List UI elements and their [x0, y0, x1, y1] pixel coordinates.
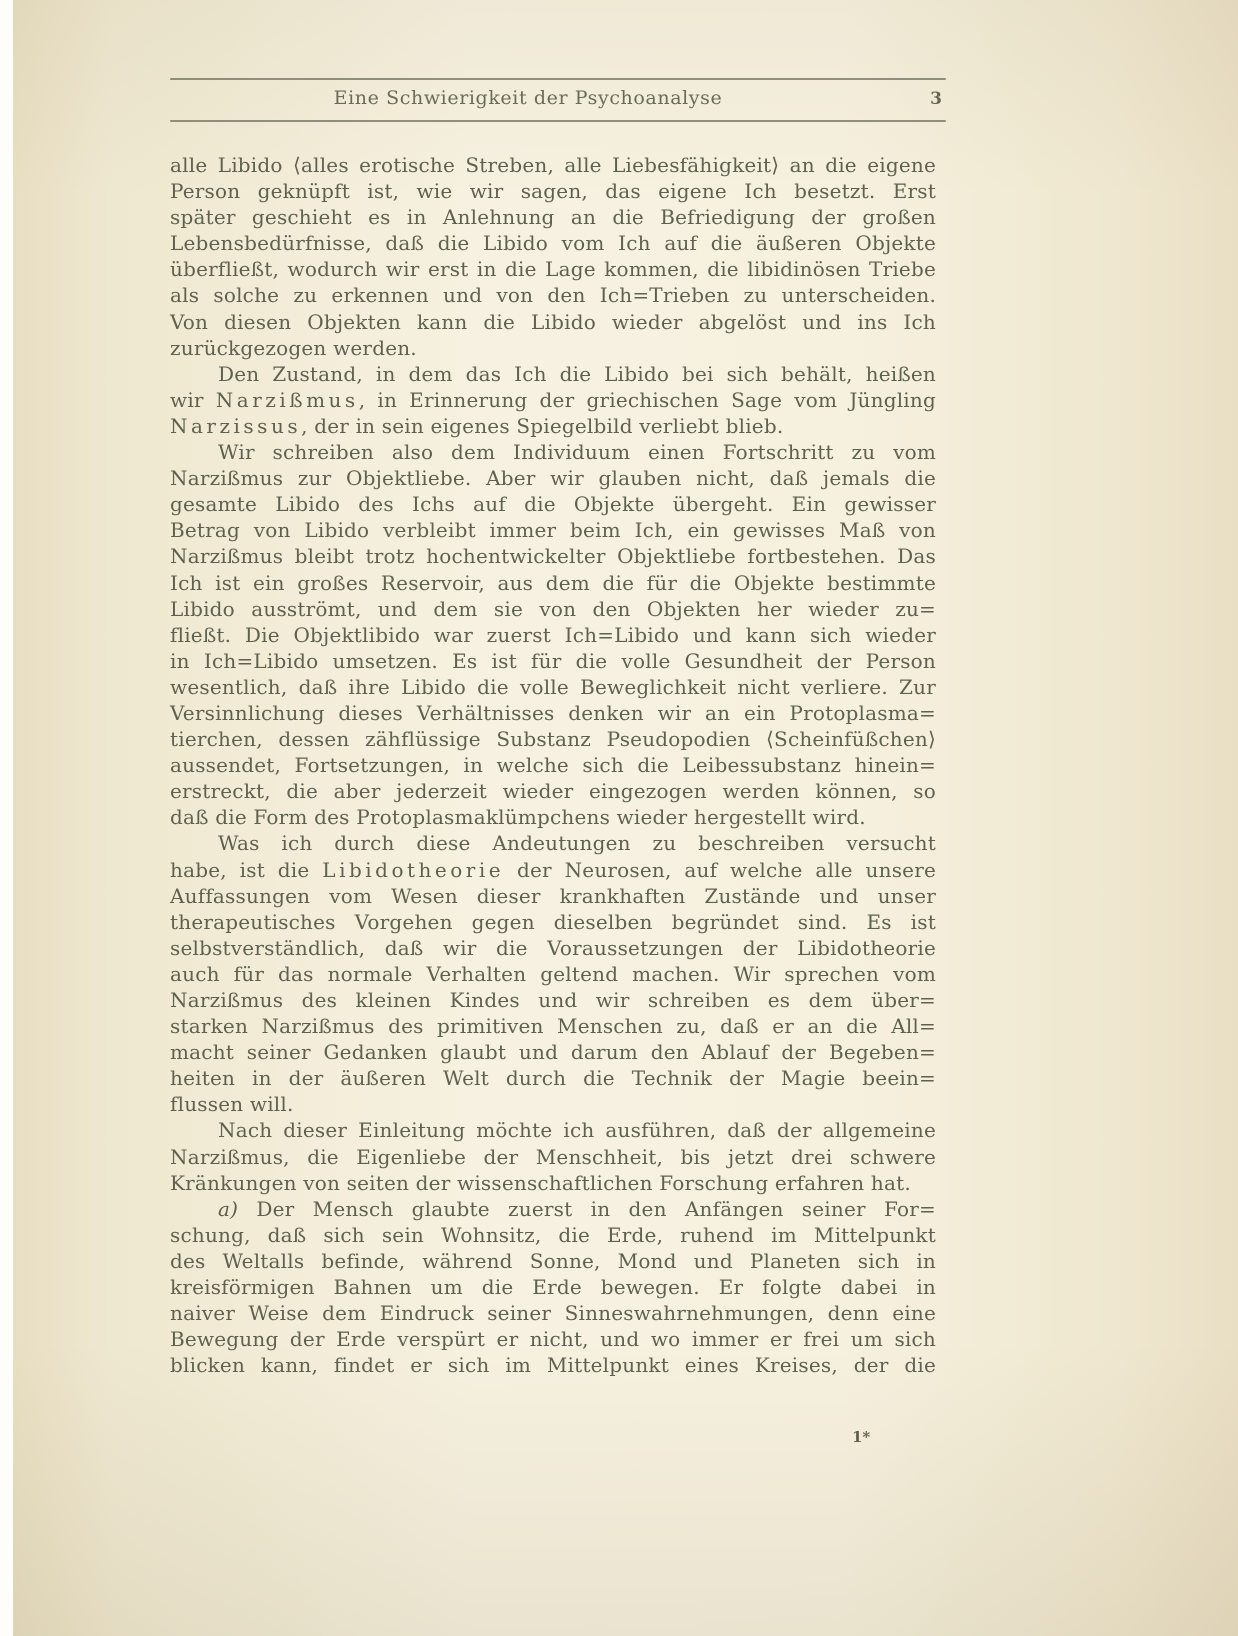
text-line: aussendet, Fortsetzungen, in welche sich…	[170, 752, 936, 778]
text-line: später geschieht es in Anlehnung an die …	[170, 204, 936, 230]
text-line: daß die Form des Protoplasmaklümpchens w…	[170, 804, 936, 830]
text-line: heiten in der äußeren Welt durch die Tec…	[170, 1065, 936, 1091]
text-line: wir Narzißmus, in Erinnerung der griechi…	[170, 387, 936, 413]
text-line: erstreckt, die aber jederzeit wieder ein…	[170, 778, 936, 804]
text-line: starken Narzißmus des primitiven Mensche…	[170, 1013, 936, 1039]
text-line: tierchen, dessen zähflüssige Substanz Ps…	[170, 726, 936, 752]
text-line: a) Der Mensch glaubte zuerst in den Anfä…	[170, 1196, 936, 1222]
text-line: auch für das normale Verhalten geltend m…	[170, 961, 936, 987]
text-line: Person geknüpft ist, wie wir sagen, das …	[170, 178, 936, 204]
text-line: zurückgezogen werden.	[170, 335, 936, 361]
text-line: fließt. Die Objektlibido war zuerst Ich=…	[170, 622, 936, 648]
text-line: schung, daß sich sein Wohnsitz, die Erde…	[170, 1222, 936, 1248]
emphasis-spaced: Libidotheorie	[322, 858, 504, 882]
text-line: Kränkungen von seiten der wissenschaftli…	[170, 1170, 936, 1196]
text-line: alle Libido ⟨alles erotische Streben, al…	[170, 152, 936, 178]
book-page: Eine Schwierigkeit der Psychoanalyse 3 a…	[0, 0, 1238, 1636]
text-line: Lebensbedürfnisse, daß die Libido vom Ic…	[170, 230, 936, 256]
text-line: Auffassungen vom Wesen dieser krankhafte…	[170, 883, 936, 909]
text-line: Narzißmus bleibt trotz hochentwickelter …	[170, 543, 936, 569]
text-line: naiver Weise dem Eindruck seiner Sinnesw…	[170, 1300, 936, 1326]
text-line: habe, ist die Libidotheorie der Neurosen…	[170, 857, 936, 883]
text-line: macht seiner Gedanken glaubt und darum d…	[170, 1039, 936, 1065]
text-line: gesamte Libido des Ichs auf die Objekte …	[170, 491, 936, 517]
body-text: alle Libido ⟨alles erotische Streben, al…	[170, 152, 936, 1378]
text-line: Nach dieser Einleitung möchte ich ausfüh…	[170, 1117, 936, 1143]
scan-edge	[0, 0, 13, 1636]
text-line: als solche zu erkennen und von den Ich=T…	[170, 282, 936, 308]
text-line: blicken kann, findet er sich im Mittelpu…	[170, 1352, 936, 1378]
emphasis-italic: a)	[218, 1197, 238, 1221]
text-line: therapeutisches Vorgehen gegen dieselben…	[170, 909, 936, 935]
text-line: Versinnlichung dieses Verhältnisses denk…	[170, 700, 936, 726]
text-line: in Ich=Libido umsetzen. Es ist für die v…	[170, 648, 936, 674]
page-title: Eine Schwierigkeit der Psychoanalyse	[170, 87, 886, 109]
text-line: wesentlich, daß ihre Libido die volle Be…	[170, 674, 936, 700]
text-line: Narzissus, der in sein eigenes Spiegelbi…	[170, 413, 936, 439]
text-line: Narzißmus zur Objektliebe. Aber wir glau…	[170, 465, 936, 491]
text-line: selbstverständlich, daß wir die Vorausse…	[170, 935, 936, 961]
text-line: Ich ist ein großes Reservoir, aus dem di…	[170, 570, 936, 596]
text-line: überfließt, wodurch wir erst in die Lage…	[170, 256, 936, 282]
page-number: 3	[930, 89, 942, 109]
text-line: Wir schreiben also dem Individuum einen …	[170, 439, 936, 465]
text-line: des Weltalls befinde, während Sonne, Mon…	[170, 1248, 936, 1274]
emphasis-spaced: Narzissus	[170, 414, 301, 438]
text-line: kreisförmigen Bahnen um die Erde bewegen…	[170, 1274, 936, 1300]
header-rule-bottom	[170, 120, 946, 122]
text-line: Narzißmus des kleinen Kindes und wir sch…	[170, 987, 936, 1013]
text-line: Den Zustand, in dem das Ich die Libido b…	[170, 361, 936, 387]
text-line: Narzißmus, die Eigenliebe der Menschheit…	[170, 1144, 936, 1170]
text-line: flussen will.	[170, 1091, 936, 1117]
header-rule-top	[170, 78, 946, 80]
text-line: Bewegung der Erde verspürt er nicht, und…	[170, 1326, 936, 1352]
text-line: Von diesen Objekten kann die Libido wied…	[170, 309, 936, 335]
text-line: Betrag von Libido verbleibt immer beim I…	[170, 517, 936, 543]
signature-mark: 1*	[852, 1428, 870, 1446]
text-line: Was ich durch diese Andeutungen zu besch…	[170, 830, 936, 856]
emphasis-spaced: Narzißmus	[216, 388, 359, 412]
text-line: Libido ausströmt, und dem sie von den Ob…	[170, 596, 936, 622]
running-header: Eine Schwierigkeit der Psychoanalyse 3	[170, 78, 946, 124]
